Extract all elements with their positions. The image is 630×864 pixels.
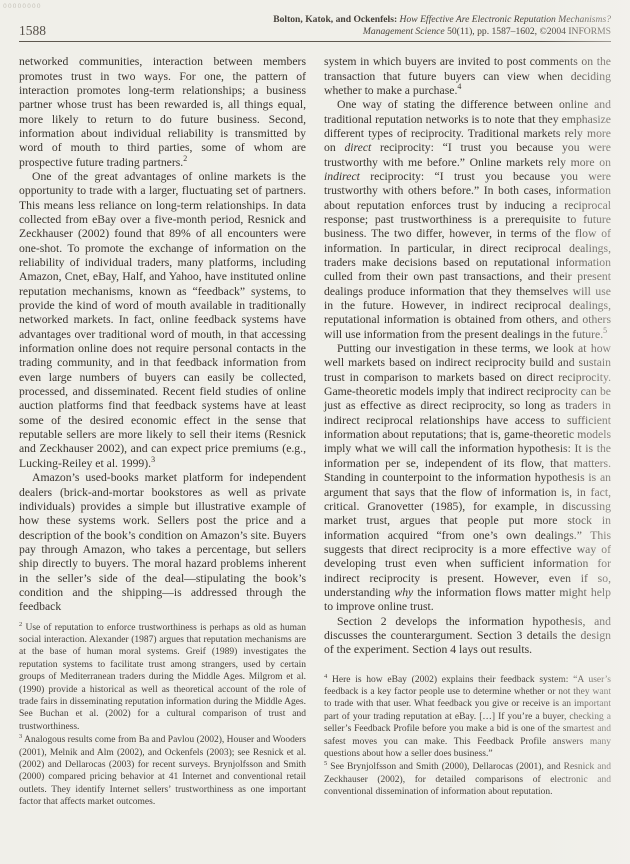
text-run: See Brynjolfsson and Smith (2000), Della… xyxy=(324,762,611,797)
right-column: system in which buyers are invited to po… xyxy=(324,55,611,810)
body-paragraph: Section 2 develops the information hypot… xyxy=(324,615,611,658)
right-column-footnotes: 4 Here is how eBay (2002) explains their… xyxy=(324,674,611,800)
paper-page: 00000000 1588 Bolton, Katok, and Ockenfe… xyxy=(0,0,630,864)
running-head-journal: Management Science xyxy=(363,26,445,37)
left-column-footnotes: 2 Use of reputation to enforce trustwort… xyxy=(19,622,306,810)
running-head-line2: Management Science 50(11), pp. 1587–1602… xyxy=(273,26,611,38)
left-column: networked communities, interaction betwe… xyxy=(19,55,306,810)
footnote-marker: 2 xyxy=(183,154,187,163)
text-run: Section 2 develops the information hypot… xyxy=(324,615,611,657)
running-head-title: How Effective Are Electronic Reputation … xyxy=(400,14,611,25)
text-run: Use of reputation to enforce trustworthi… xyxy=(19,623,306,732)
footnote: 3 Analogous results come from Ba and Pav… xyxy=(19,734,306,808)
running-head-authors: Bolton, Katok, and Ockenfels: xyxy=(273,14,397,25)
page-number: 1588 xyxy=(19,24,46,37)
footnote-marker: 5 xyxy=(603,326,607,335)
left-column-body: networked communities, interaction betwe… xyxy=(19,55,306,614)
footnote: 2 Use of reputation to enforce trustwort… xyxy=(19,622,306,734)
text-run: system in which buyers are invited to po… xyxy=(324,55,611,97)
body-paragraph: Amazon’s used-books market platform for … xyxy=(19,471,306,614)
running-head: Bolton, Katok, and Ockenfels: How Effect… xyxy=(273,14,611,37)
body-paragraph: Putting our investigation in these terms… xyxy=(324,342,611,615)
text-run: Putting our investigation in these terms… xyxy=(324,342,611,599)
two-column-body: networked communities, interaction betwe… xyxy=(0,42,630,810)
body-paragraph: system in which buyers are invited to po… xyxy=(324,55,611,98)
text-run: Amazon’s used-books market platform for … xyxy=(19,471,306,613)
body-paragraph: networked communities, interaction betwe… xyxy=(19,55,306,170)
footnote: 4 Here is how eBay (2002) explains their… xyxy=(324,674,611,761)
text-run: Analogous results come from Ba and Pavlo… xyxy=(19,735,306,807)
italic-text: direct xyxy=(344,141,371,154)
text-run: One of the great advantages of online ma… xyxy=(19,170,306,470)
text-run: Here is how eBay (2002) explains their f… xyxy=(324,675,611,759)
footnote-marker: 3 xyxy=(151,455,155,464)
scan-artifact-text: 00000000 xyxy=(3,3,42,10)
text-run: reciprocity: “I trust you because you we… xyxy=(324,170,611,341)
italic-text: indirect xyxy=(324,170,360,183)
body-paragraph: One of the great advantages of online ma… xyxy=(19,170,306,471)
body-paragraph: One way of stating the difference betwee… xyxy=(324,98,611,342)
footnote-marker: 4 xyxy=(457,82,461,91)
text-run: networked communities, interaction betwe… xyxy=(19,55,306,168)
right-column-body: system in which buyers are invited to po… xyxy=(324,55,611,657)
running-header: 1588 Bolton, Katok, and Ockenfels: How E… xyxy=(0,0,630,37)
footnote: 5 See Brynjolfsson and Smith (2000), Del… xyxy=(324,761,611,798)
italic-text: why xyxy=(394,586,413,599)
running-head-line1: Bolton, Katok, and Ockenfels: How Effect… xyxy=(273,14,611,26)
running-head-issue: 50(11), pp. 1587–1602, ©2004 INFORMS xyxy=(445,26,611,37)
